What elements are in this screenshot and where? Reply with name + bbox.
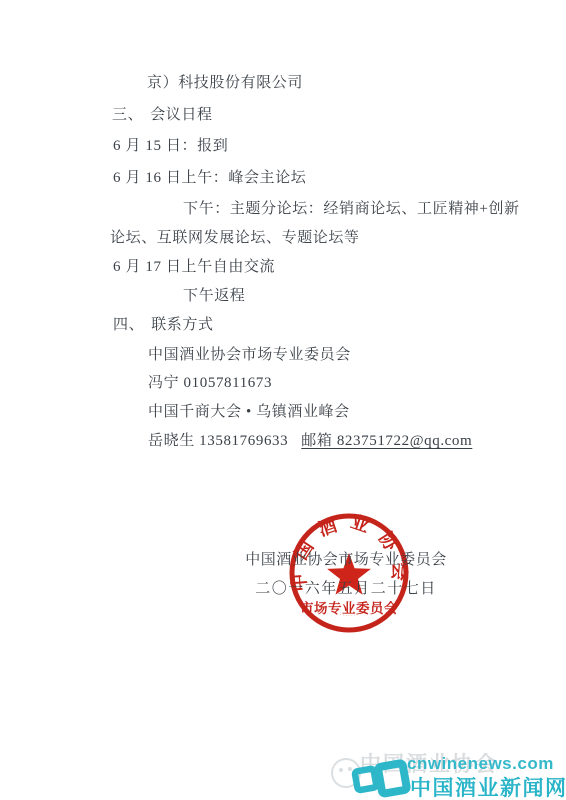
doc-line-summit-name: 中国千商大会 • 乌镇酒业峰会 xyxy=(148,400,350,421)
signature-org: 中国酒业协会市场专业委员会 xyxy=(228,548,464,569)
doc-line-agenda-jun17-am: 6 月 17 日上午自由交流 xyxy=(113,255,275,276)
contact-name-phone: 岳晓生 13581769633 xyxy=(148,433,288,449)
official-seal: 中国酒业协会 市场专业委员会 · · · · · · · · · · · · · xyxy=(284,509,414,641)
cnwinenews-logo-icon xyxy=(349,759,415,800)
doc-line-contact-yuexiaosheng: 岳晓生 13581769633邮箱 823751722@qq.com xyxy=(148,429,472,450)
doc-line-company: 京）科技股份有限公司 xyxy=(147,71,303,92)
doc-line-committee: 中国酒业协会市场专业委员会 xyxy=(148,343,351,364)
doc-line-agenda-jun15: 6 月 15 日：报到 xyxy=(113,134,228,155)
doc-line-agenda-jun17-pm: 下午返程 xyxy=(183,284,245,305)
watermark-site-name: 中国酒业新闻网 xyxy=(410,772,566,800)
ghost-dot xyxy=(339,768,343,772)
email-link[interactable]: 邮箱 823751722@qq.com xyxy=(301,433,472,449)
doc-line-contact-fengning: 冯宁 01057811673 xyxy=(148,371,272,392)
doc-line-agenda-jun16-am: 6 月 16 日上午：峰会主论坛 xyxy=(113,166,306,187)
scanned-document-page: 京）科技股份有限公司 三、会议日程 6 月 15 日：报到 6 月 16 日上午… xyxy=(0,0,566,800)
section-heading-4: 四、联系方式 xyxy=(113,313,214,334)
section-title: 联系方式 xyxy=(151,317,213,333)
section-marker: 三、 xyxy=(112,107,143,123)
signature-date: 二〇一六年五月二十七日 xyxy=(228,577,464,598)
section-title: 会议日程 xyxy=(150,107,212,123)
section-heading-3: 三、会议日程 xyxy=(112,103,213,124)
doc-line-agenda-forums: 论坛、互联网发展论坛、专题论坛等 xyxy=(110,226,360,247)
doc-line-agenda-jun16-pm: 下午：主题分论坛：经销商论坛、工匠精神+创新 xyxy=(183,197,520,218)
section-marker: 四、 xyxy=(113,317,144,333)
watermark-url: cnwinenews.com xyxy=(407,754,554,774)
